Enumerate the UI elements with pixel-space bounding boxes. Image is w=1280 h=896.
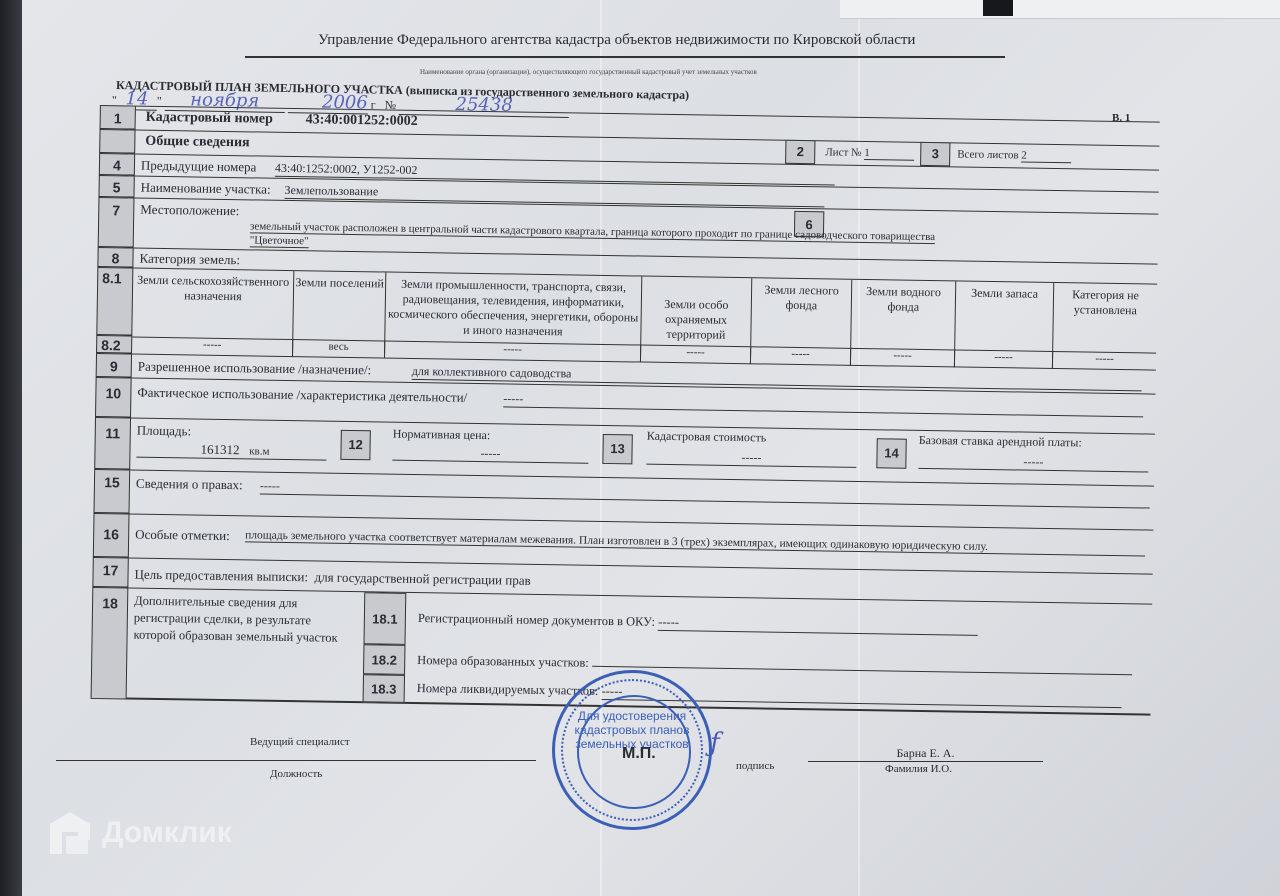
- agency-name: Управление Федерального агентства кадаст…: [318, 32, 915, 49]
- field-number: 16: [93, 513, 130, 558]
- signature-icon: ƒ: [710, 728, 720, 758]
- field-number: 5: [98, 175, 134, 198]
- field-label: Категория земель:: [139, 251, 240, 269]
- cadastral-number: 43:40:001252:0002: [306, 112, 418, 130]
- field-number-blank: [99, 129, 135, 154]
- location-value: земельный участок расположен в центральн…: [250, 220, 935, 244]
- field-number: 10: [95, 377, 132, 418]
- field-number: 13: [602, 434, 632, 464]
- signer-name: Барна Е. А.: [808, 746, 1043, 762]
- position-line: [56, 760, 536, 761]
- rights-info: -----: [260, 479, 1150, 509]
- field-number: 9: [96, 353, 132, 378]
- name-caption: Фамилия И.О.: [885, 763, 952, 775]
- field-label: Предыдущие номера: [141, 158, 257, 176]
- field-label: Разрешенное использование /назначение/:: [138, 359, 372, 379]
- field-label: Базовая ставка арендной платы:: [919, 433, 1082, 451]
- formed-plots: Номера образованных участков:: [417, 653, 1132, 679]
- field-number: 4: [99, 153, 135, 176]
- field-number: 18.2: [363, 644, 405, 675]
- document-photo: Управление Федерального агентства кадаст…: [0, 0, 1280, 896]
- agency-underline: [245, 56, 1005, 58]
- field-label: Кадастровая стоимость: [647, 429, 767, 446]
- reg-number: Регистрационный номер документов в ОКУ: …: [418, 611, 978, 636]
- field-label: Сведения о правах:: [136, 476, 243, 494]
- stamp-place-label: М.П.: [622, 745, 656, 763]
- field-number: 3: [920, 142, 950, 166]
- field-number: 12: [340, 430, 370, 460]
- field-number: 8.1: [96, 267, 133, 336]
- field-label: Местоположение:: [140, 202, 239, 220]
- sheet-no: Лист № 1: [825, 146, 914, 160]
- actual-use: -----: [503, 391, 1143, 417]
- field-label: Нормативная цена:: [393, 427, 491, 444]
- purpose-text: Цель предоставления выписки: для государ…: [134, 567, 530, 589]
- field-number: 1: [100, 105, 136, 130]
- section-title: Общие сведения: [145, 134, 250, 152]
- position-caption: Должность: [270, 768, 322, 780]
- field-number: 8: [97, 247, 133, 268]
- field-number: 18.1: [363, 592, 406, 645]
- liquidated-plots: Номера ликвидируемых участков: -----: [417, 681, 1122, 708]
- field-number: 18.3: [363, 674, 405, 703]
- field-label: Фактическое использование /характеристик…: [137, 385, 467, 406]
- normative-price: -----: [392, 445, 588, 464]
- cadastral-form: 1 Кадастровый номер 43:40:001252:0002 Об…: [90, 100, 1160, 753]
- field-label: Дополнительные сведения для регистрации …: [133, 593, 354, 647]
- field-label: Кадастровый номер: [146, 110, 273, 128]
- field-number: 15: [94, 469, 131, 514]
- background-edge: [0, 0, 22, 896]
- land-category-table: Земли сельскохозяйственного назначения З…: [132, 268, 1157, 370]
- field-number: 7: [98, 197, 135, 248]
- location-value-2: "Цветочное": [250, 234, 309, 248]
- field-number: 14: [876, 438, 906, 468]
- field-label: Особые отметки:: [135, 527, 230, 544]
- signer-position: Ведущий специалист: [250, 736, 350, 748]
- base-rent-rate: -----: [918, 453, 1148, 473]
- field-label: Площадь:: [137, 423, 192, 440]
- special-notes: площадь земельного участка соответствует…: [245, 529, 1145, 556]
- cadastral-value: -----: [646, 449, 856, 468]
- field-number: 11: [94, 417, 131, 470]
- agency-caption: Наименование органа (организации), осуще…: [420, 68, 757, 76]
- house-logo-icon: [48, 810, 92, 856]
- field-label: Наименование участка:: [141, 180, 271, 198]
- field-number: 18: [91, 587, 129, 700]
- brand-name: Домклик: [102, 816, 232, 850]
- total-sheets: Всего листов 2: [957, 148, 1071, 163]
- location-line: [250, 208, 780, 216]
- field-number: 17: [92, 557, 128, 588]
- domclick-watermark: Домклик: [48, 810, 232, 856]
- underlying-sheet: [840, 0, 1280, 19]
- area-value: 161312 кв.м: [136, 441, 326, 461]
- field-number: 8.2: [96, 335, 132, 354]
- field-number: 2: [785, 140, 815, 164]
- signature-caption: подпись: [736, 760, 774, 772]
